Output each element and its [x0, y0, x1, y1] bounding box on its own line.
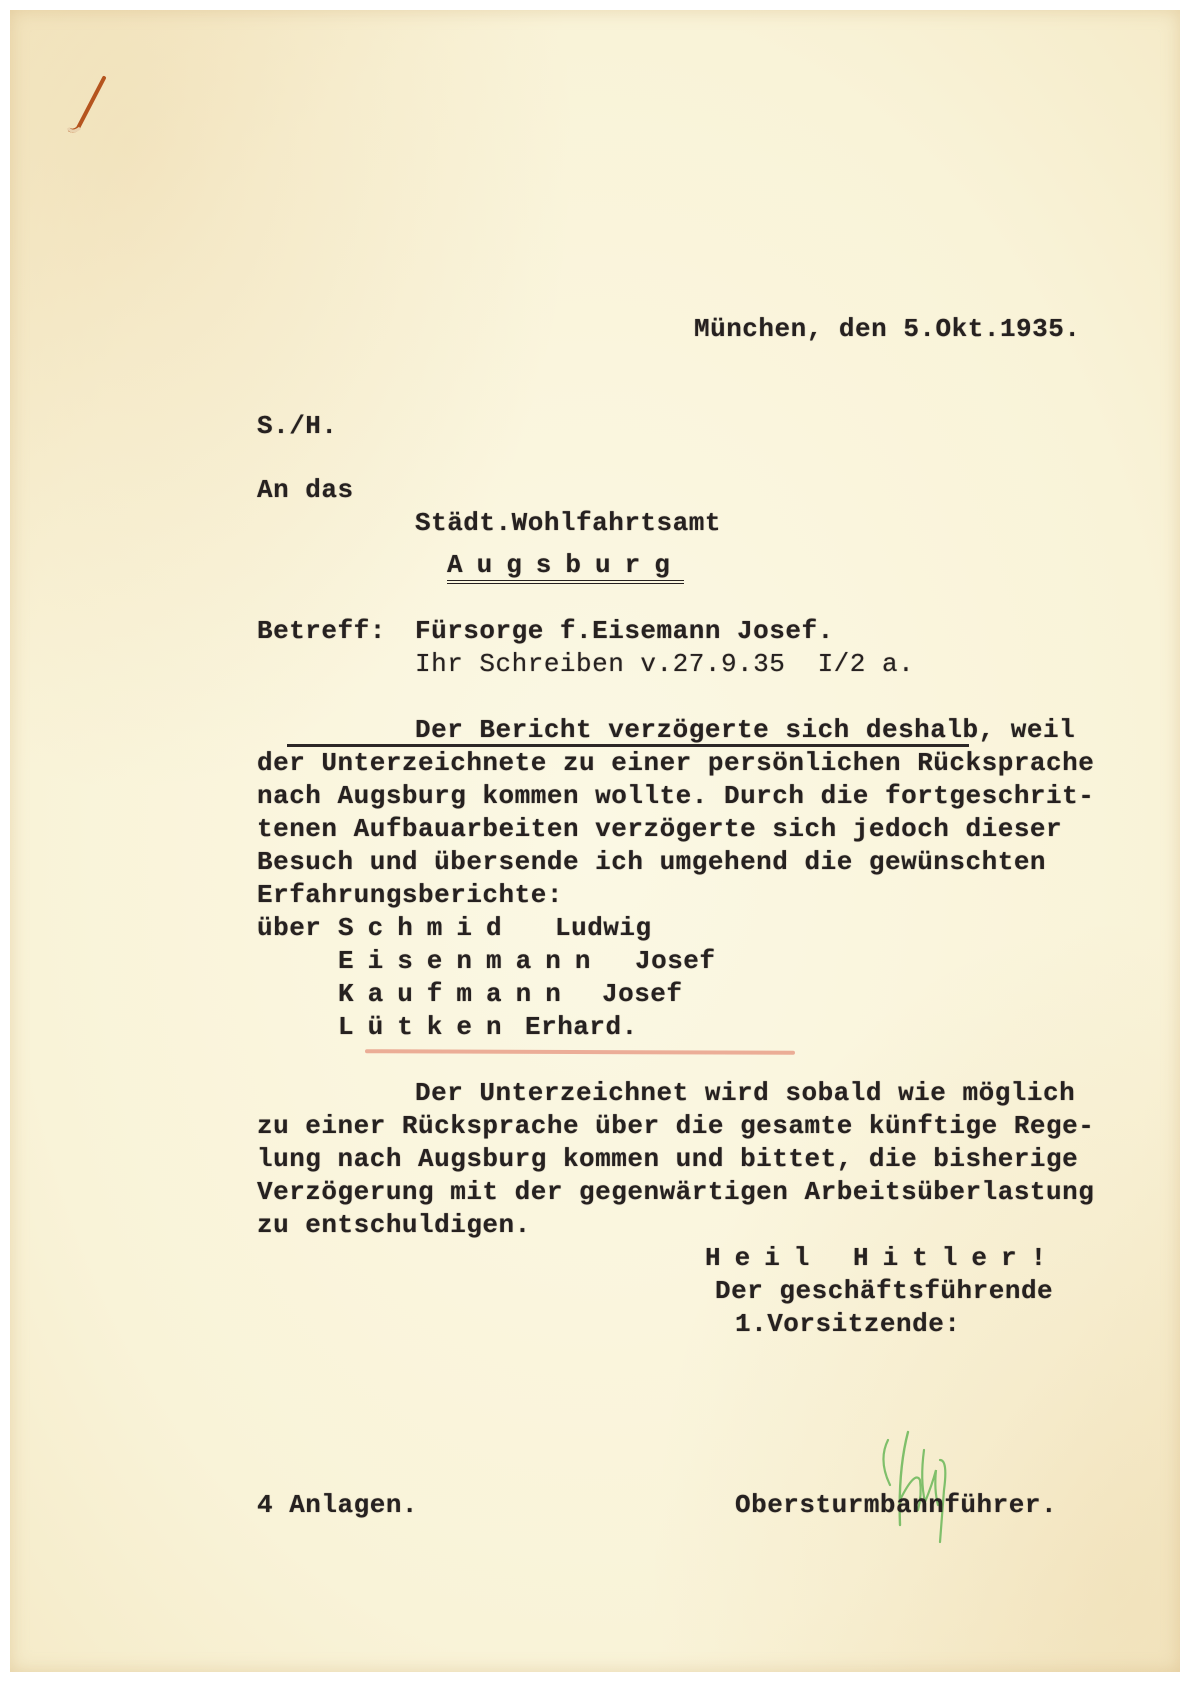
body-line: Erfahrungsberichte:: [257, 882, 563, 908]
body-line: zu entschuldigen.: [257, 1212, 531, 1238]
closing-title-line-1: Der geschäftsführende: [715, 1278, 1053, 1304]
report-given-name: Josef: [635, 948, 716, 974]
body-line: zu einer Rücksprache über die gesamte kü…: [257, 1113, 1094, 1139]
document-page: München, den 5.Okt.1935. S./H. An das St…: [10, 10, 1180, 1672]
signatory-rank: Obersturmbannführer.: [735, 1492, 1057, 1518]
place-date: München, den 5.Okt.1935.: [694, 316, 1080, 342]
report-given-name: Erhard.: [525, 1014, 638, 1040]
report-surname: Kaufmann: [338, 981, 575, 1007]
body-line: lung nach Augsburg kommen und bittet, di…: [257, 1146, 1078, 1172]
report-given-name: Josef: [602, 981, 683, 1007]
body-line: Der Unterzeichnet wird sobald wie möglic…: [415, 1080, 1075, 1106]
body-line: Verzögerung mit der gegenwärtigen Arbeit…: [257, 1179, 1094, 1205]
list-prefix: über: [257, 915, 321, 941]
body-line: Der Bericht verzögerte sich deshalb, wei…: [415, 717, 1075, 743]
closing-title-line-2: 1.Vorsitzende:: [735, 1311, 960, 1337]
report-surname: Lütken: [338, 1014, 516, 1040]
handwritten-signature-icon: [870, 1430, 980, 1545]
recipient-office: Städt.Wohlfahrtsamt: [415, 510, 721, 536]
body-line: tenen Aufbauarbeiten verzögerte sich jed…: [257, 816, 1062, 842]
recipient-salutation: An das: [257, 477, 354, 503]
subject-line-1: Fürsorge f.Eisemann Josef.: [415, 618, 834, 644]
recipient-city: Augsburg: [447, 552, 684, 584]
subject-line-2: Ihr Schreiben v.27.9.35 I/2 a.: [415, 651, 914, 677]
enclosures-note: 4 Anlagen.: [257, 1492, 418, 1518]
body-line: nach Augsburg kommen wollte. Durch die f…: [257, 783, 1094, 809]
body-line: Besuch und übersende ich umgehend die ge…: [257, 849, 1046, 875]
report-surname: Schmid: [338, 915, 516, 941]
red-pencil-underline: [365, 1049, 795, 1055]
subject-label: Betreff:: [257, 618, 386, 644]
report-given-name: Ludwig: [555, 915, 652, 941]
report-surname: Eisenmann: [338, 948, 604, 974]
closing-greeting: Heil Hitler!: [705, 1245, 1060, 1271]
rust-staple-mark-icon: [60, 70, 120, 140]
reference-code: S./H.: [257, 413, 338, 439]
body-line: der Unterzeichnete zu einer persönlichen…: [257, 750, 1094, 776]
